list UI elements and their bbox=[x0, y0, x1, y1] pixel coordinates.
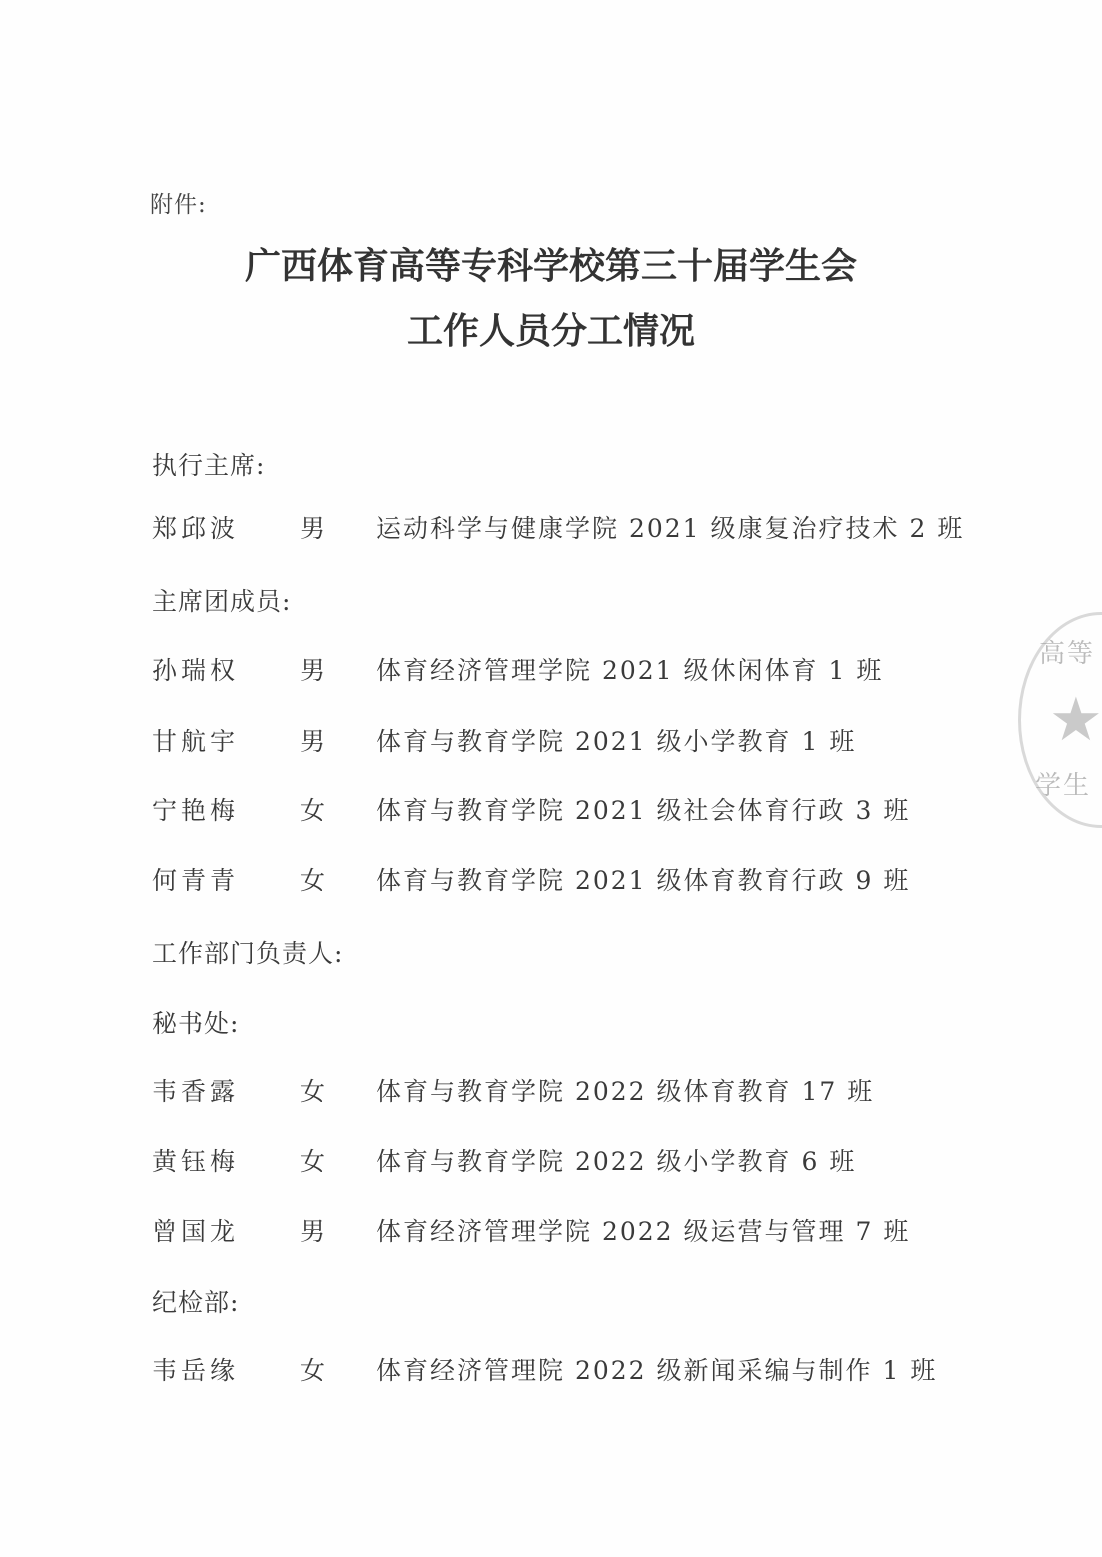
member-name: 何青青 bbox=[152, 861, 239, 897]
section-label-secretariat: 秘书处: bbox=[152, 1004, 239, 1040]
member-gender: 女 bbox=[300, 1072, 325, 1108]
star-icon: ★ bbox=[1049, 685, 1102, 755]
document-title-line2: 工作人员分工情况 bbox=[0, 303, 1102, 354]
member-name: 韦岳缘 bbox=[152, 1351, 239, 1387]
member-gender: 女 bbox=[300, 791, 325, 827]
section-label-discipline-inspection: 纪检部: bbox=[152, 1283, 239, 1319]
member-name: 甘航宇 bbox=[152, 722, 239, 758]
member-name: 郑邱波 bbox=[152, 509, 239, 545]
seal-text-top: 高等 bbox=[1039, 633, 1095, 670]
member-gender: 女 bbox=[300, 1351, 325, 1387]
member-affiliation: 体育与教育学院 2022 级体育教育 17 班 bbox=[376, 1072, 874, 1108]
member-affiliation: 体育经济管理学院 2022 级运营与管理 7 班 bbox=[376, 1212, 910, 1248]
member-affiliation: 运动科学与健康学院 2021 级康复治疗技术 2 班 bbox=[376, 509, 964, 545]
document-title-line1: 广西体育高等专科学校第三十届学生会 bbox=[0, 238, 1102, 289]
member-name: 黄钰梅 bbox=[152, 1142, 239, 1178]
attachment-label: 附件: bbox=[150, 186, 207, 219]
member-affiliation: 体育经济管理学院 2021 级休闲体育 1 班 bbox=[376, 651, 883, 687]
member-affiliation: 体育与教育学院 2021 级社会体育行政 3 班 bbox=[376, 791, 910, 827]
official-seal: 高等 ★ 学生 bbox=[1018, 612, 1102, 828]
member-affiliation: 体育经济管理院 2022 级新闻采编与制作 1 班 bbox=[376, 1351, 937, 1387]
member-name: 韦香露 bbox=[152, 1072, 239, 1108]
section-label-presidium-members: 主席团成员: bbox=[152, 582, 291, 618]
section-label-executive-chair: 执行主席: bbox=[152, 446, 265, 482]
member-affiliation: 体育与教育学院 2022 级小学教育 6 班 bbox=[376, 1142, 856, 1178]
member-gender: 男 bbox=[300, 509, 325, 545]
member-gender: 男 bbox=[300, 651, 325, 687]
document-page: 附件: 广西体育高等专科学校第三十届学生会 工作人员分工情况 执行主席: 郑邱波… bbox=[0, 0, 1102, 1557]
seal-text-bottom: 学生 bbox=[1035, 765, 1091, 802]
member-affiliation: 体育与教育学院 2021 级体育教育行政 9 班 bbox=[376, 861, 910, 897]
member-name: 孙瑞权 bbox=[152, 651, 239, 687]
member-affiliation: 体育与教育学院 2021 级小学教育 1 班 bbox=[376, 722, 856, 758]
member-gender: 女 bbox=[300, 861, 325, 897]
member-name: 宁艳梅 bbox=[152, 791, 239, 827]
member-gender: 女 bbox=[300, 1142, 325, 1178]
member-gender: 男 bbox=[300, 722, 325, 758]
section-label-department-heads: 工作部门负责人: bbox=[152, 934, 343, 970]
member-gender: 男 bbox=[300, 1212, 325, 1248]
member-name: 曾国龙 bbox=[152, 1212, 239, 1248]
